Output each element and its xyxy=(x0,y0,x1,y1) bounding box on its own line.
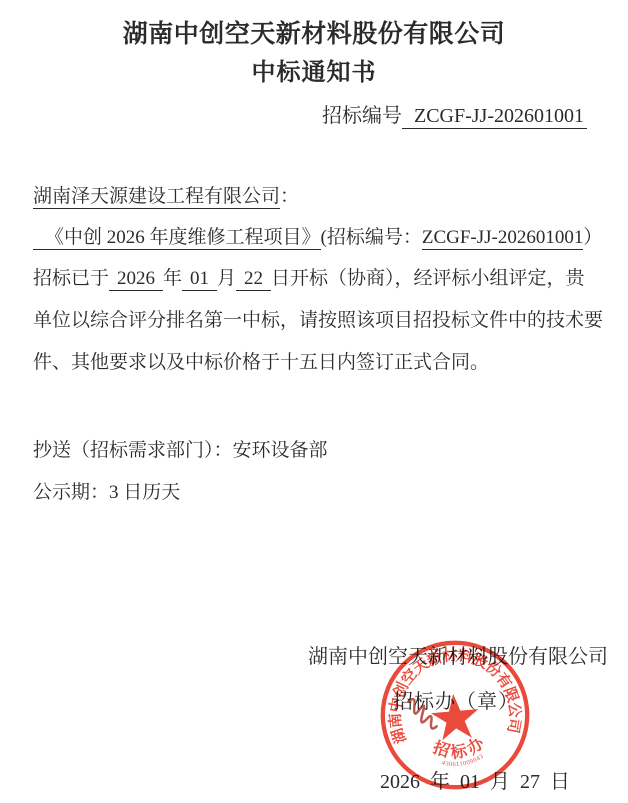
cc-label: 抄送（招标需求部门）： xyxy=(33,440,233,461)
official-stamp: 湖南中创空天新材料股份有限公司 招标办 4306110090434 xyxy=(371,629,538,802)
bid-number-line: 招标编号ZCGF-JJ-202601001 xyxy=(322,104,587,129)
publicity-value: 3 日历天 xyxy=(109,482,180,503)
publicity-label: 公示期： xyxy=(33,482,109,503)
bid-number-value: ZCGF-JJ-202601001 xyxy=(402,105,587,129)
paragraph-line-4: 件、其他要求以及中标价格于十五日内签订正式合同。 xyxy=(33,351,489,375)
open-day: 22 xyxy=(236,268,271,291)
paren-close: ） xyxy=(583,227,602,248)
recipient-line: 湖南泽天源建设工程有限公司： xyxy=(33,185,299,209)
open-month: 01 xyxy=(182,268,217,291)
company-title: 湖南中创空天新材料股份有限公司 xyxy=(0,19,628,50)
paragraph-line-3: 单位以综合评分排名第一中标，请按照该项目招投标文件中的技术要 xyxy=(33,309,603,333)
project-name: 《中创 2026 年度维修工程项目》 xyxy=(33,227,321,250)
award-notice-document: 湖南中创空天新材料股份有限公司 中标通知书 招标编号ZCGF-JJ-202601… xyxy=(0,0,628,803)
open-prefix: 招标已于 xyxy=(33,268,109,289)
inner-bid-value: ZCGF-JJ-202601001 xyxy=(422,227,584,250)
recipient-name: 湖南泽天源建设工程有限公司 xyxy=(33,186,280,209)
paragraph-line-project: 《中创 2026 年度维修工程项目》(招标编号：ZCGF-JJ-20260100… xyxy=(33,226,602,250)
unit-month: 月 xyxy=(217,268,236,289)
unit-year: 年 xyxy=(163,268,182,289)
paragraph-line-opening: 招标已于2026年01月22日开标（协商），经评标小组评定，贵 xyxy=(33,267,585,291)
open-year: 2026 xyxy=(109,268,163,291)
bid-number-label: 招标编号 xyxy=(322,105,402,127)
cc-department: 安环设备部 xyxy=(233,440,328,461)
recipient-colon: ： xyxy=(280,186,299,207)
document-title: 中标通知书 xyxy=(0,58,628,88)
cc-line: 抄送（招标需求部门）：安环设备部 xyxy=(33,439,328,463)
stamp-star xyxy=(429,692,480,741)
publicity-line: 公示期：3 日历天 xyxy=(33,481,180,505)
line2-rest: 日开标（协商），经评标小组评定，贵 xyxy=(271,268,585,289)
inner-bid-label: 招标编号： xyxy=(327,227,422,248)
